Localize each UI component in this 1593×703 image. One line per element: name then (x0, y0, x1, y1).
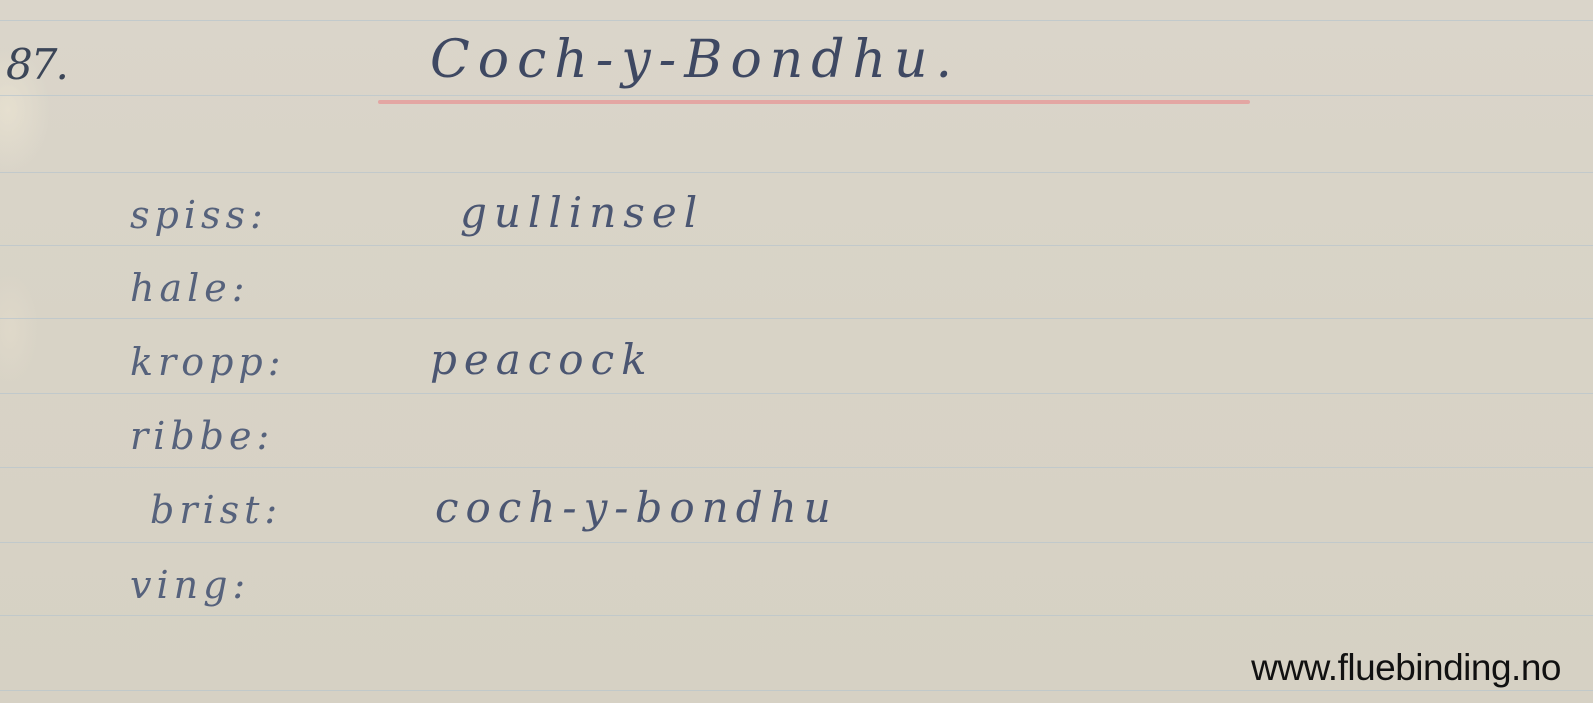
title-underline (378, 100, 1250, 104)
field-row-kropp: kropp: peacock (130, 318, 1230, 392)
field-value: coch-y-bondhu (435, 483, 838, 532)
field-label: brist: (150, 488, 282, 532)
field-label: ribbe: (130, 414, 274, 458)
field-value: gullinsel (460, 188, 704, 237)
field-row-spiss: spiss: gullinsel (130, 171, 1230, 245)
entry-number: 87. (6, 40, 67, 89)
ruled-line (0, 690, 1593, 691)
field-row-brist: brist: coch-y-bondhu (130, 466, 1230, 540)
ruled-line (0, 95, 1593, 96)
field-label: kropp: (130, 340, 286, 384)
website-watermark: www.fluebinding.no (1251, 647, 1561, 689)
field-row-ribbe: ribbe: (130, 392, 1230, 466)
field-label: spiss: (130, 193, 268, 237)
ruled-line (0, 615, 1593, 616)
field-row-hale: hale: (130, 244, 1230, 318)
fly-pattern-title: Coch-y-Bondhu. (430, 30, 960, 90)
field-label: hale: (130, 266, 250, 310)
field-value: peacock (430, 335, 654, 384)
notebook-page: 87. Coch-y-Bondhu. spiss: gullinsel hale… (0, 0, 1593, 703)
ruled-line (0, 20, 1593, 21)
field-label: ving: (130, 563, 250, 607)
field-row-ving: ving: (130, 541, 1230, 615)
